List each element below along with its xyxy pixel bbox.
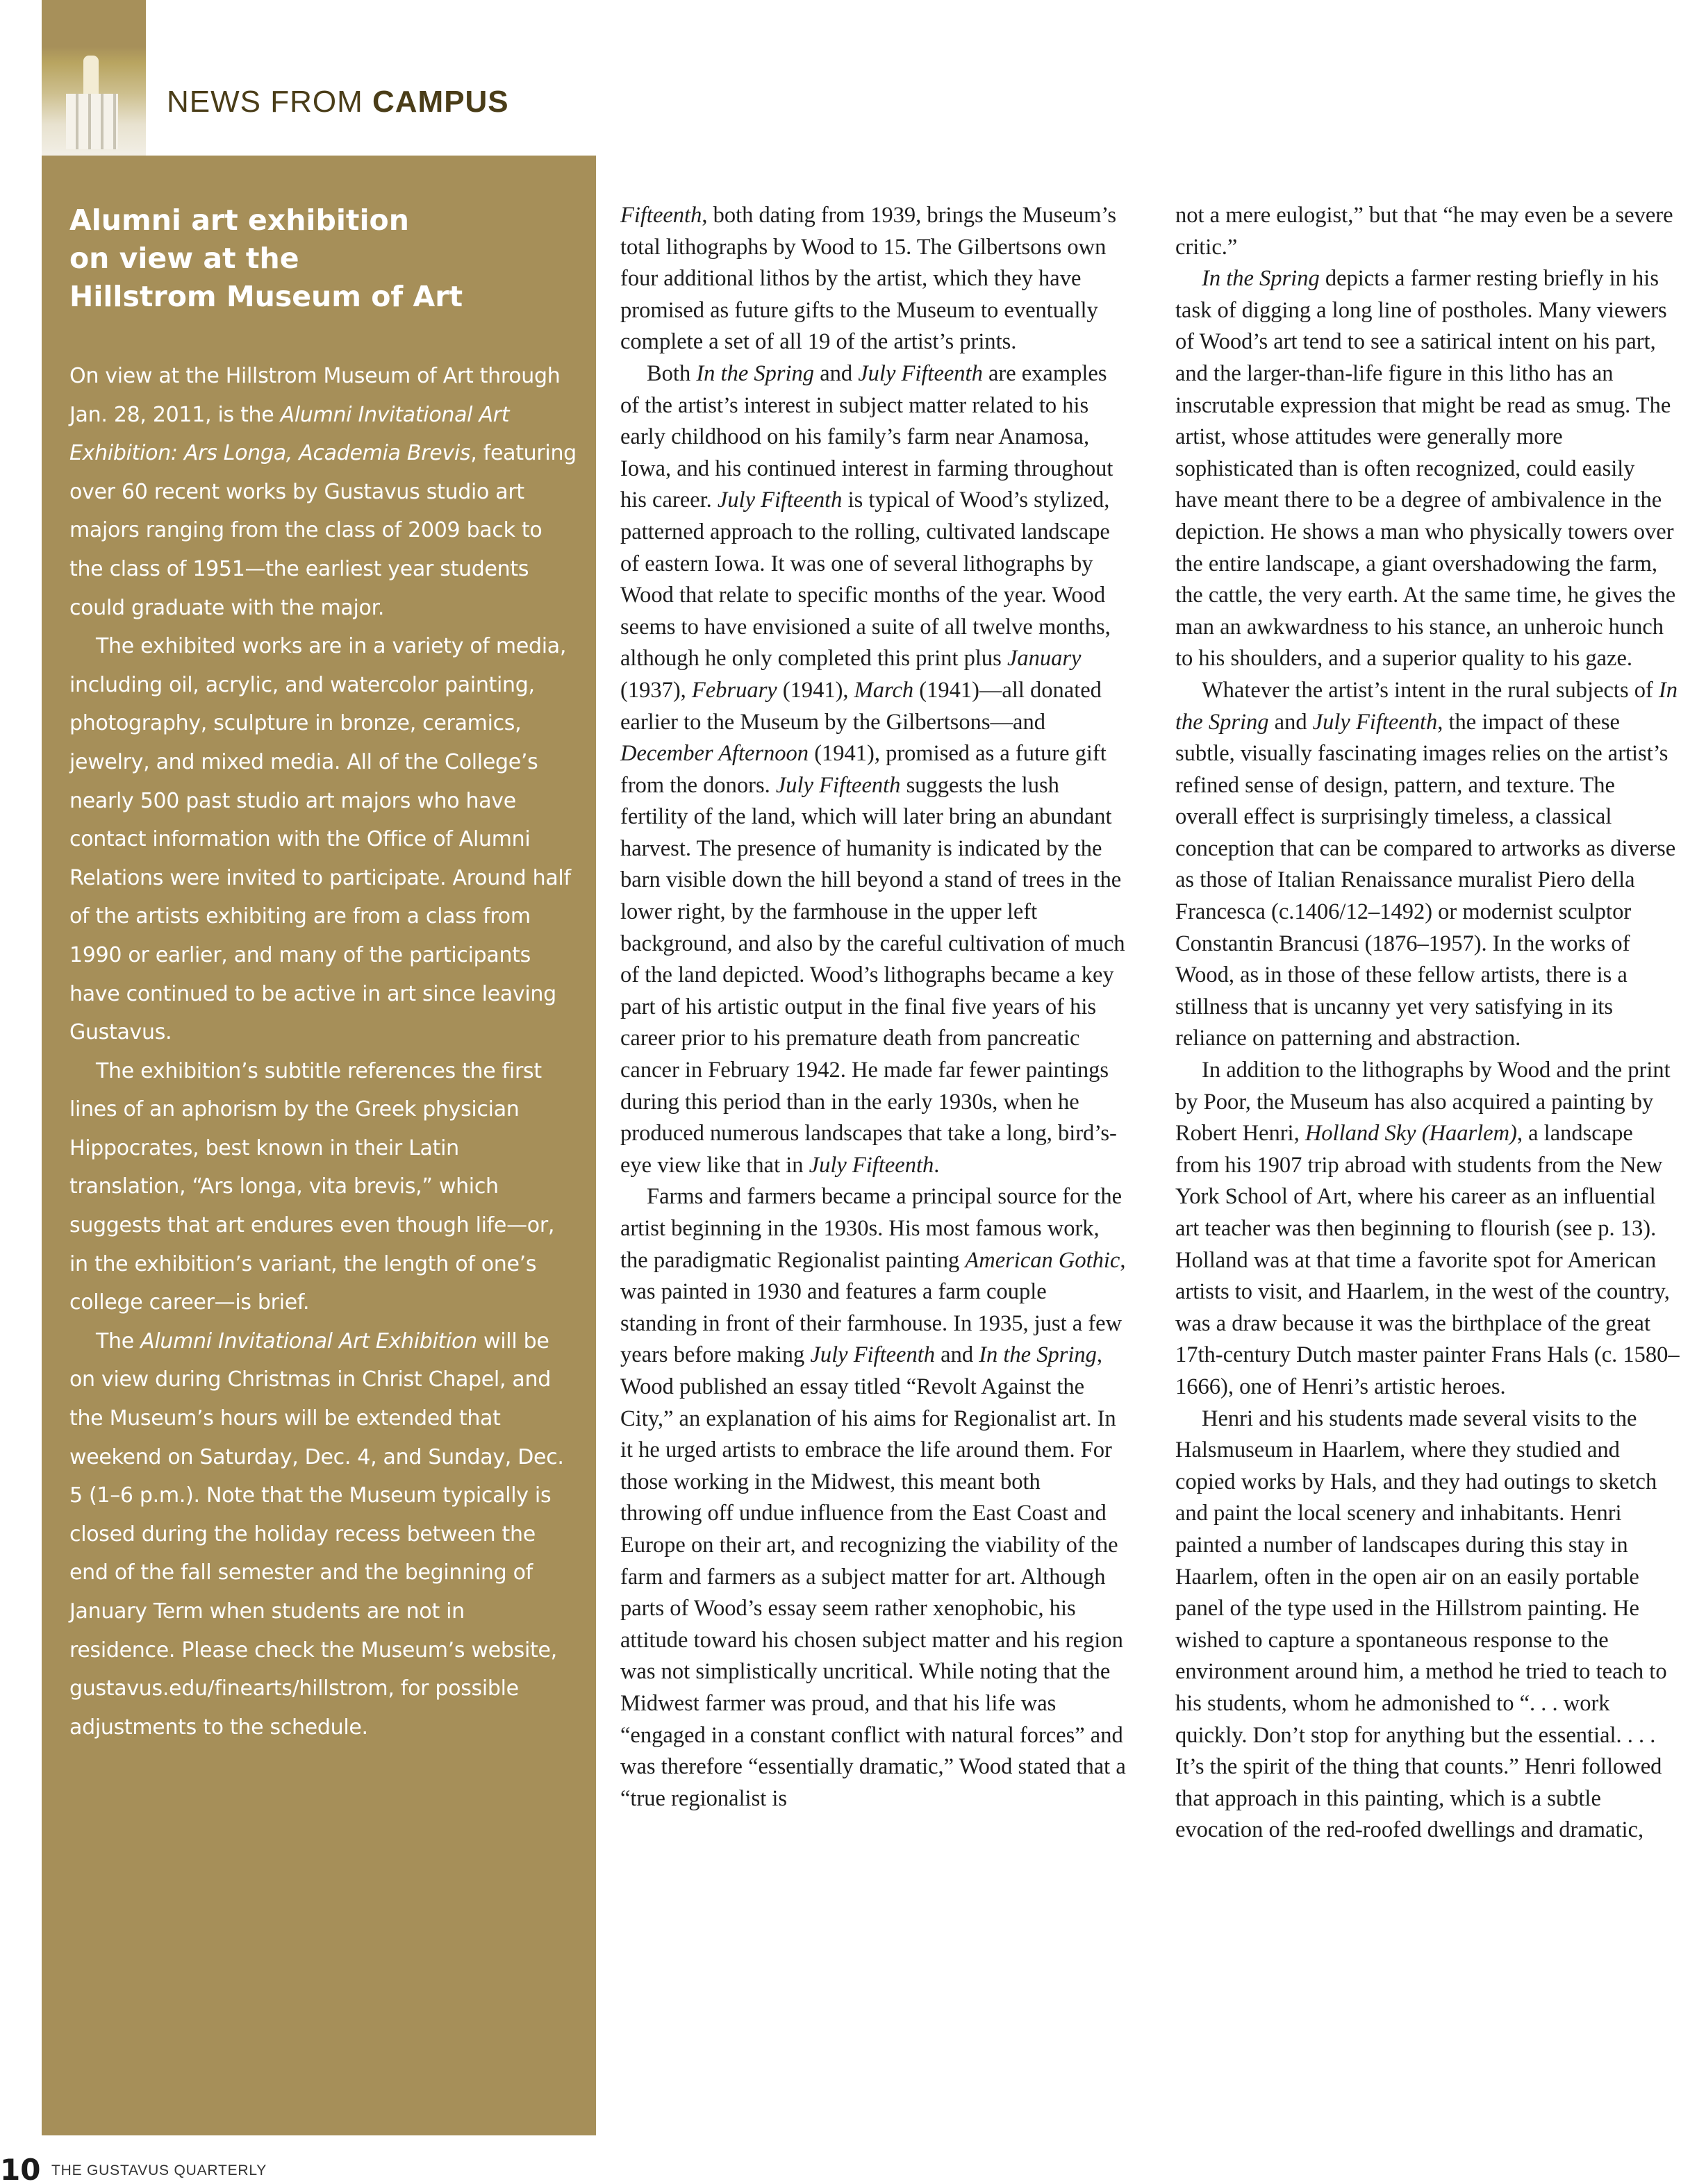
text-run: , featuring over 60 recent works by Gust… (69, 441, 577, 619)
paragraph: Farms and farmers became a principal sou… (620, 1181, 1127, 1815)
text-run: Henri and his students made several visi… (1175, 1406, 1667, 1843)
paragraph: The Alumni Invitational Art Exhibition w… (69, 1322, 577, 1747)
text-run: (1937), (620, 678, 692, 703)
chapel-spire-photo (42, 0, 146, 156)
headline-line: Alumni art exhibition (69, 203, 409, 237)
publication-name: THE GUSTAVUS QUARTERLY (51, 2162, 267, 2179)
italic-title: Alumni Invitational Art Exhibition (140, 1329, 477, 1353)
paragraph: In the Spring depicts a farmer resting b… (1175, 263, 1681, 675)
italic-title: January (1007, 646, 1082, 671)
text-run: The exhibited works are in a variety of … (69, 634, 571, 1044)
text-run: , the impact of these subtle, visually f… (1175, 710, 1675, 1051)
paragraph: Whatever the artist’s intent in the rura… (1175, 675, 1681, 1055)
italic-title: Holland Sky (Haarlem) (1305, 1121, 1517, 1146)
section-title-light: NEWS FROM (167, 85, 372, 119)
text-run: suggests the lush fertility of the land,… (620, 773, 1125, 1178)
paragraph: The exhibition’s subtitle references the… (69, 1052, 577, 1322)
headline-line: Hillstrom Museum of Art (69, 280, 463, 313)
paragraph: On view at the Hillstrom Museum of Art t… (69, 357, 577, 627)
text-run: , a landscape from his 1907 trip abroad … (1175, 1121, 1680, 1399)
sidebar-body: On view at the Hillstrom Museum of Art t… (69, 357, 577, 1747)
italic-title: Fifteenth (620, 203, 702, 228)
italic-title: In the Spring (979, 1342, 1097, 1367)
text-run: , Wood published an essay titled “Revolt… (620, 1342, 1126, 1810)
headline-line: on view at the (69, 242, 299, 275)
paragraph: Both In the Spring and July Fifteenth ar… (620, 358, 1127, 1181)
text-run: Both (647, 361, 696, 386)
italic-title: July Fifteenth (809, 1153, 934, 1178)
paragraph: not a mere eulogist,” but that “he may e… (1175, 200, 1681, 263)
text-run: not a mere eulogist,” but that “he may e… (1175, 203, 1673, 260)
italic-title: In the Spring (1202, 266, 1320, 291)
text-run: Whatever the artist’s intent in the rura… (1202, 678, 1659, 703)
text-run: (1941), (777, 678, 854, 703)
text-run: The (96, 1329, 140, 1353)
italic-title: American Gothic (965, 1248, 1120, 1273)
text-run: and (1269, 710, 1313, 735)
italic-title: In the Spring (696, 361, 814, 386)
italic-title: July Fifteenth (776, 773, 901, 798)
italic-title: December Afternoon (620, 741, 809, 766)
italic-title: February (692, 678, 777, 703)
italic-title: July Fifteenth (718, 487, 843, 512)
italic-title: July Fifteenth (1313, 710, 1438, 735)
italic-title: March (854, 678, 913, 703)
text-run: . (934, 1153, 939, 1178)
text-run: and (935, 1342, 979, 1367)
paragraph: The exhibited works are in a variety of … (69, 627, 577, 1052)
text-run: will be on view during Christmas in Chri… (69, 1329, 564, 1740)
text-run: is typical of Wood’s stylized, patterned… (620, 487, 1111, 671)
article-column-right: not a mere eulogist,” but that “he may e… (1175, 200, 1681, 1847)
sidebar-headline: Alumni art exhibition on view at the Hil… (69, 201, 556, 316)
text-run: and (814, 361, 858, 386)
section-title-bold: CAMPUS (372, 85, 509, 119)
section-title: NEWS FROM CAMPUS (167, 85, 509, 119)
italic-title: July Fifteenth (810, 1342, 935, 1367)
text-run: The exhibition’s subtitle references the… (69, 1059, 554, 1315)
italic-title: July Fifteenth (858, 361, 983, 386)
spire-shape (83, 56, 99, 97)
tower-shape (66, 94, 118, 149)
paragraph: Fifteenth, both dating from 1939, brings… (620, 200, 1127, 358)
page-number: 10 (0, 2153, 40, 2184)
paragraph: Henri and his students made several visi… (1175, 1403, 1681, 1847)
paragraph: In addition to the lithographs by Wood a… (1175, 1055, 1681, 1403)
article-column-middle: Fifteenth, both dating from 1939, brings… (620, 200, 1127, 1815)
sidebar-panel: Alumni art exhibition on view at the Hil… (42, 156, 596, 2135)
text-run: depicts a farmer resting briefly in his … (1175, 266, 1675, 671)
